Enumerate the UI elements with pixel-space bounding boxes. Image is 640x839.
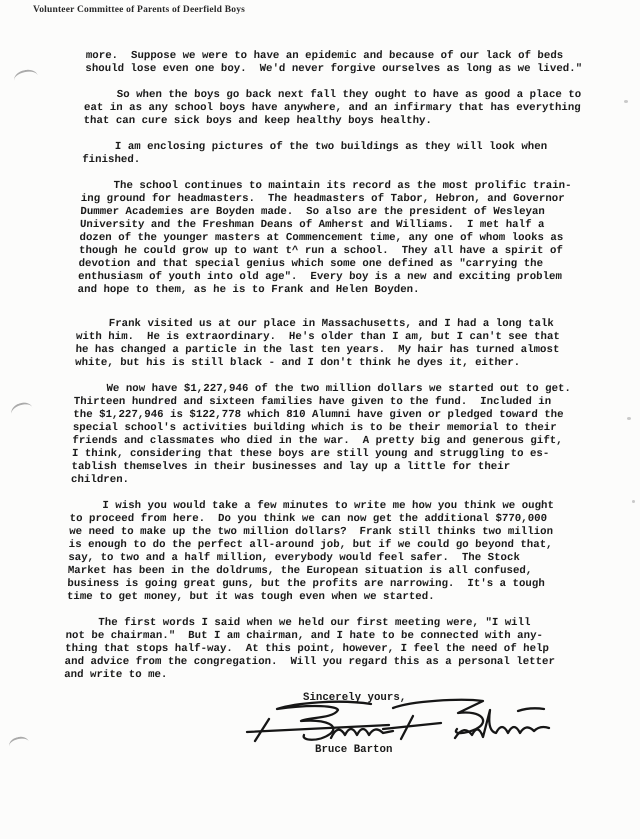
paragraph: The first words I said when we held our … (64, 617, 578, 682)
paragraph: Frank visited us at our place in Massach… (75, 318, 589, 370)
letterhead-title: Volunteer Committee of Parents of Deerfi… (33, 5, 245, 15)
letter-page: Volunteer Committee of Parents of Deerfi… (0, 0, 640, 839)
scan-speck (624, 100, 628, 103)
paragraph: more. Suppose we were to have an epidemi… (85, 50, 598, 76)
paragraph: So when the boys go back next fall they … (83, 89, 596, 128)
paragraph: We now have $1,227,946 of the two millio… (71, 383, 587, 487)
scan-speck (632, 500, 635, 503)
typed-signature-name: Bruce Barton (315, 744, 392, 756)
scan-arc-mark (8, 735, 31, 753)
letter-body: more. Suppose we were to have an epidemi… (64, 50, 598, 682)
handwritten-signature (243, 697, 553, 749)
scan-speck (627, 417, 631, 420)
paragraph: The school continues to maintain its rec… (77, 180, 593, 297)
scan-arc-mark (13, 68, 40, 89)
paragraph: I am enclosing pictures of the two build… (82, 141, 595, 167)
scan-arc-mark (9, 400, 35, 422)
paragraph: I wish you would take a few minutes to w… (67, 500, 583, 604)
